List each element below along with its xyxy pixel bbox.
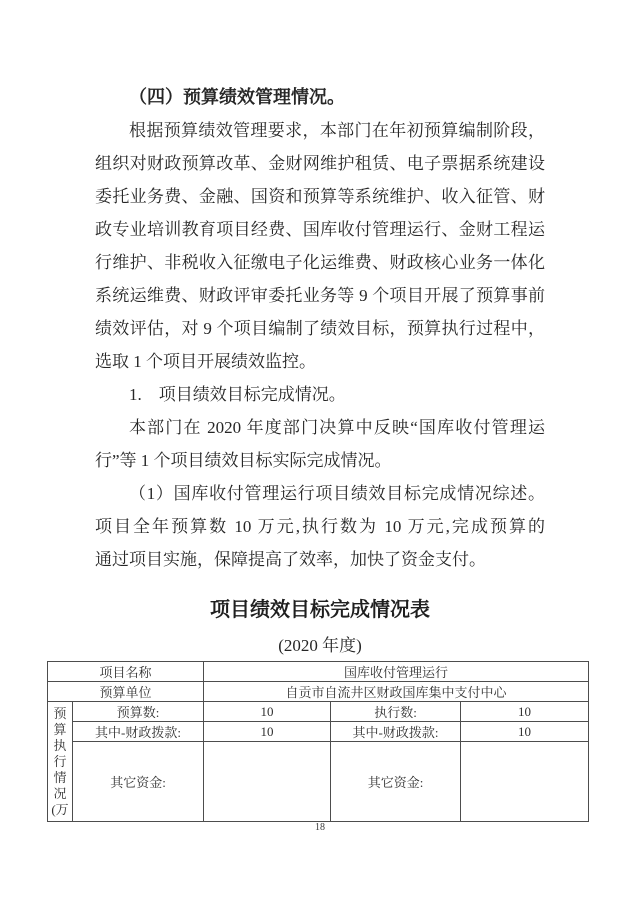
vertical-char: 算 [48,722,72,738]
page-number: 18 [0,822,640,833]
vertical-char: 况 [48,786,72,802]
paragraph-line: 本部门在 2020 年度部门决算中反映“国库收付管理运 [95,411,545,444]
table-cell-other-funds-value-2 [461,742,589,822]
table-cell-project-name-value: 国库收付管理运行 [204,662,589,682]
table-cell-project-name-label: 项目名称 [48,662,204,682]
paragraph-line: 行维护、非税收入征缴电子化运维费、财政核心业务一体化 [95,246,545,279]
table-cell-budget-value: 10 [204,702,331,722]
paragraph-line: 选取 1 个项目开展绩效监控。 [95,345,545,378]
section-heading: （四）预算绩效管理情况。 [95,81,545,114]
vertical-header-cell: 预 算 执 行 情 况 (万 [48,702,73,822]
paragraph-line: 政专业培训教育项目经费、国库收付管理运行、金财工程运 [95,213,545,246]
sub-heading: 1. 项目绩效目标完成情况。 [95,378,545,411]
table-cell-execution-label: 执行数: [331,702,461,722]
table-cell-other-funds-label: 其它资金: [73,742,204,822]
body-text: （四）预算绩效管理情况。 根据预算绩效管理要求，本部门在年初预算编制阶段， 组织… [95,81,545,576]
table-cell-fiscal-appropriation-value-2: 10 [461,722,589,742]
table-cell-fiscal-appropriation-label-2: 其中-财政拨款: [331,722,461,742]
paragraph-line: 项目全年预算数 10 万元,执行数为 10 万元,完成预算的 100%。 [95,510,545,543]
table-cell-fiscal-appropriation-label: 其中-财政拨款: [73,722,204,742]
vertical-char: 行 [48,754,72,770]
vertical-char: 执 [48,738,72,754]
table-cell-budget-unit-value: 自贡市自流井区财政国库集中支付中心 [204,682,589,702]
paragraph-line: 行”等 1 个项目绩效目标实际完成情况。 [95,444,545,477]
table-cell-other-funds-value [204,742,331,822]
vertical-char: 情 [48,770,72,786]
table-cell-other-funds-label-2: 其它资金: [331,742,461,822]
table-subtitle: (2020 年度) [0,631,640,656]
table-cell-fiscal-appropriation-value: 10 [204,722,331,742]
document-page: （四）预算绩效管理情况。 根据预算绩效管理要求，本部门在年初预算编制阶段， 组织… [0,0,640,906]
paragraph-line: （1）国库收付管理运行项目绩效目标完成情况综述。 [95,477,545,510]
paragraph-line: 绩效评估，对 9 个项目编制了绩效目标，预算执行过程中， [95,312,545,345]
table-cell-budget-unit-label: 预算单位 [48,682,204,702]
vertical-char: (万 [48,802,72,818]
vertical-char: 预 [48,706,72,722]
paragraph-line: 通过项目实施，保障提高了效率，加快了资金支付。 [95,543,545,576]
paragraph-line: 根据预算绩效管理要求，本部门在年初预算编制阶段， [95,114,545,147]
paragraph-line: 委托业务费、金融、国资和预算等系统维护、收入征管、财 [95,180,545,213]
performance-table: 项目名称 国库收付管理运行 预算单位 自贡市自流井区财政国库集中支付中心 预 算… [47,661,589,822]
paragraph-line: 组织对财政预算改革、金财网维护租赁、电子票据系统建设 [95,147,545,180]
table-cell-execution-value: 10 [461,702,589,722]
paragraph-line: 系统运维费、财政评审委托业务等 9 个项目开展了预算事前 [95,279,545,312]
table-title: 项目绩效目标完成情况表 [0,593,640,622]
table-cell-budget-label: 预算数: [73,702,204,722]
